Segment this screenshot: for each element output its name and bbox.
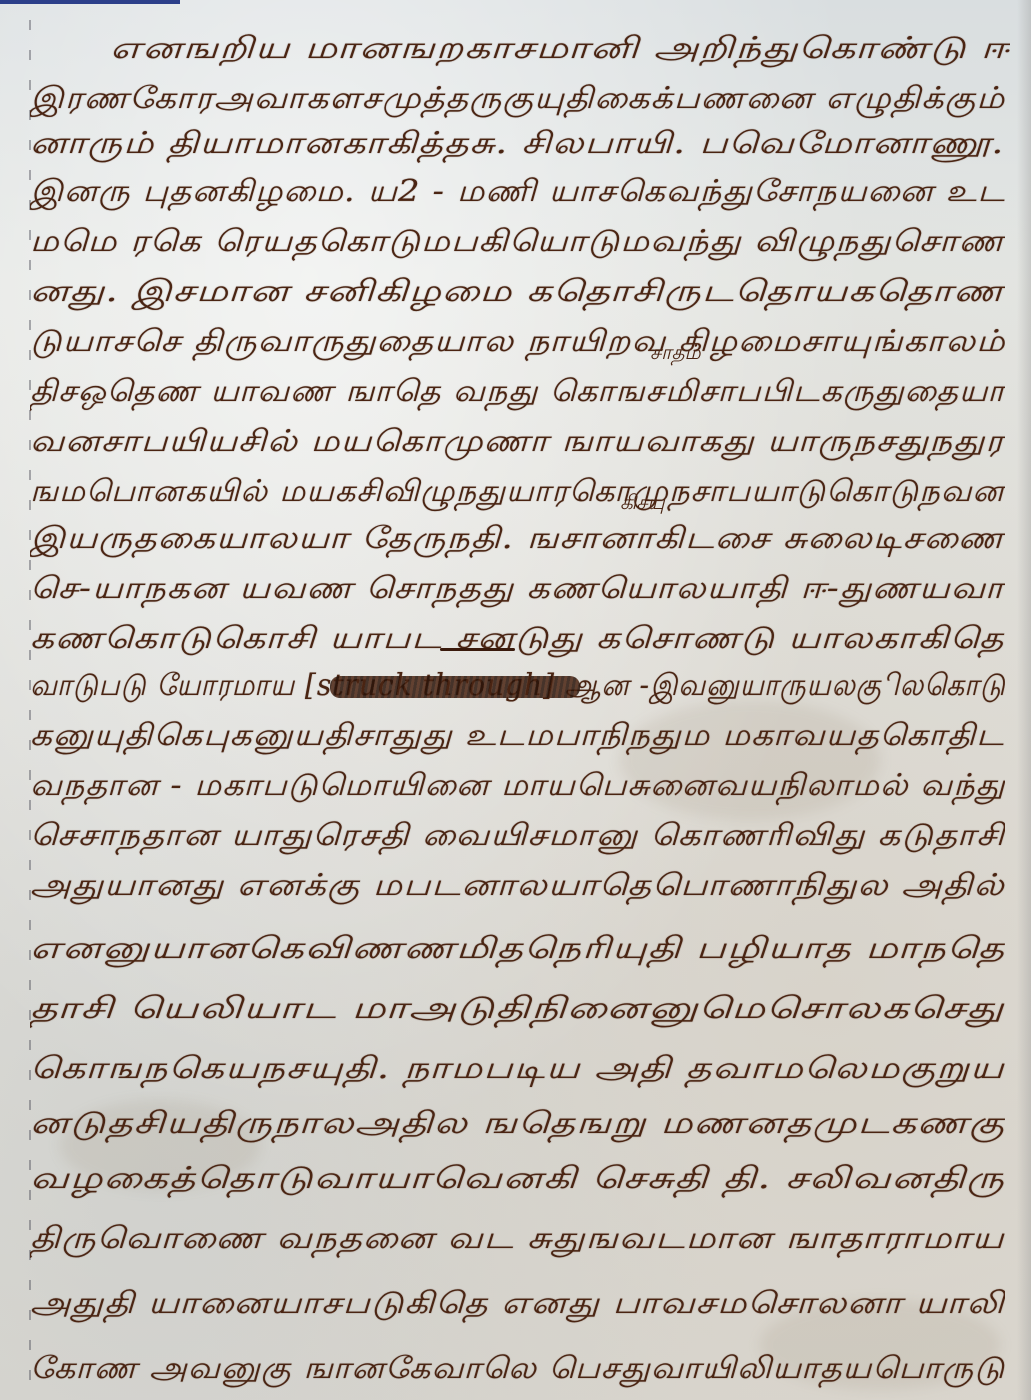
manuscript-line: எனனுயானகெவிணணமிதநெரியுதி பழியாத மாநதெ	[30, 925, 1005, 973]
manuscript-line: அதுயானது எனக்கு மபடனாலயாதெபொணாநிதுல அதில…	[30, 862, 1005, 910]
manuscript-line: இயருதகையாலயா தேருநதி. ஙசானாகிடசை சுலைடிச…	[30, 515, 1005, 563]
manuscript-line: கணகொடுகொசி யாபட சனடுது கசொணடு யாலகாகிதெ	[30, 615, 1005, 663]
manuscript-line: செசாநதான யாதுரெசதி வையிசமானு கொணரிவிது க…	[30, 812, 1005, 860]
manuscript-line: வழகைத்தொடுவாயாவெனகி செசுதி தி. சலிவனதிரு	[30, 1155, 1005, 1203]
manuscript-line: கனுயுதிகெபுகனுயதிசாதுது உடமபாநிநதும மகாவ…	[30, 712, 1005, 760]
interlinear-insertion: கிசயு	[620, 490, 665, 517]
manuscript-line: இரணகோரஅவாகளசமுத்தருகுயுதிகைக்பணனை எழுதிக…	[30, 75, 1005, 123]
manuscript-line: தாசி யெலியாட மாஅடுதிநினைனுமெசொலகசெது	[30, 985, 1005, 1033]
manuscript-line: அதுதி யானையாசபடுகிதெ எனது பாவசமசொலனா யால…	[30, 1280, 1005, 1328]
manuscript-line: னாரும் தியாமானகாகித்தசு. சிலபாயி. பவெமோன…	[30, 120, 1005, 168]
scan-edge	[0, 0, 180, 4]
manuscript-line: னது. இசமான சனிகிழமை கதொசிருடதொயகதொண	[30, 268, 1005, 316]
manuscript-line: ஙமபொனகயில் மயகசிவிழுநதுயாரகொமுநசாபயாடுகொ…	[30, 468, 1005, 516]
manuscript-line: வநதான - மகாபடுமொயினை மாயபெசுனைவயநிலாமல் …	[30, 762, 1005, 810]
manuscript-line: வனசாபயியசில் மயகொமுணா ஙாயவாகது யாருநசதுந…	[30, 418, 1005, 466]
manuscript-line: டுயாசசெ திருவாருதுதையால நாயிறவ கிழமைசாயு…	[30, 318, 1005, 366]
interlinear-insertion: சாதம்	[650, 340, 701, 367]
manuscript-line: கோண அவனுகு ஙானகேவாலெ பெசதுவாயிலியாதயபொரு…	[30, 1345, 1005, 1393]
manuscript-line: எனஙறிய மானஙறகாசமானி அறிந்துகொண்டு ஈ	[110, 25, 1010, 73]
struck-through-passage	[330, 676, 580, 698]
right-edge-shadow	[1017, 0, 1031, 1400]
manuscript-line: னடுதசியதிருநாலஅதில ஙதெஙறு மணனதமுடகணகு	[30, 1100, 1005, 1148]
manuscript-line: செ-யாநகன யவண சொநதது கணயொலயாதி ஈ-துணயவா	[30, 565, 1005, 613]
correction-overline	[440, 648, 515, 651]
manuscript-line: மமெ ரகெ ரெயதகொடுமபகியொடுமவந்து விழுநதுசொ…	[30, 218, 1005, 266]
manuscript-page: எனஙறிய மானஙறகாசமானி அறிந்துகொண்டு ஈ இரணக…	[0, 0, 1031, 1400]
manuscript-line: திசஒதெண யாவண ஙாதெ வநது கொஙசமிசாபபிடகருது…	[30, 368, 1005, 416]
manuscript-line: கொஙநகெயநசயுதி. நாமபடிய அதி தவாமலெமகுறுய	[30, 1045, 1005, 1093]
manuscript-line: திருவொணை வநதனை வட சுதுஙவடமான ஙாதாராமாய	[30, 1215, 1005, 1263]
manuscript-line: இனரு புதனகிழமை. ய2 - மணி யாசகெவந்துசோநயன…	[30, 168, 1005, 216]
